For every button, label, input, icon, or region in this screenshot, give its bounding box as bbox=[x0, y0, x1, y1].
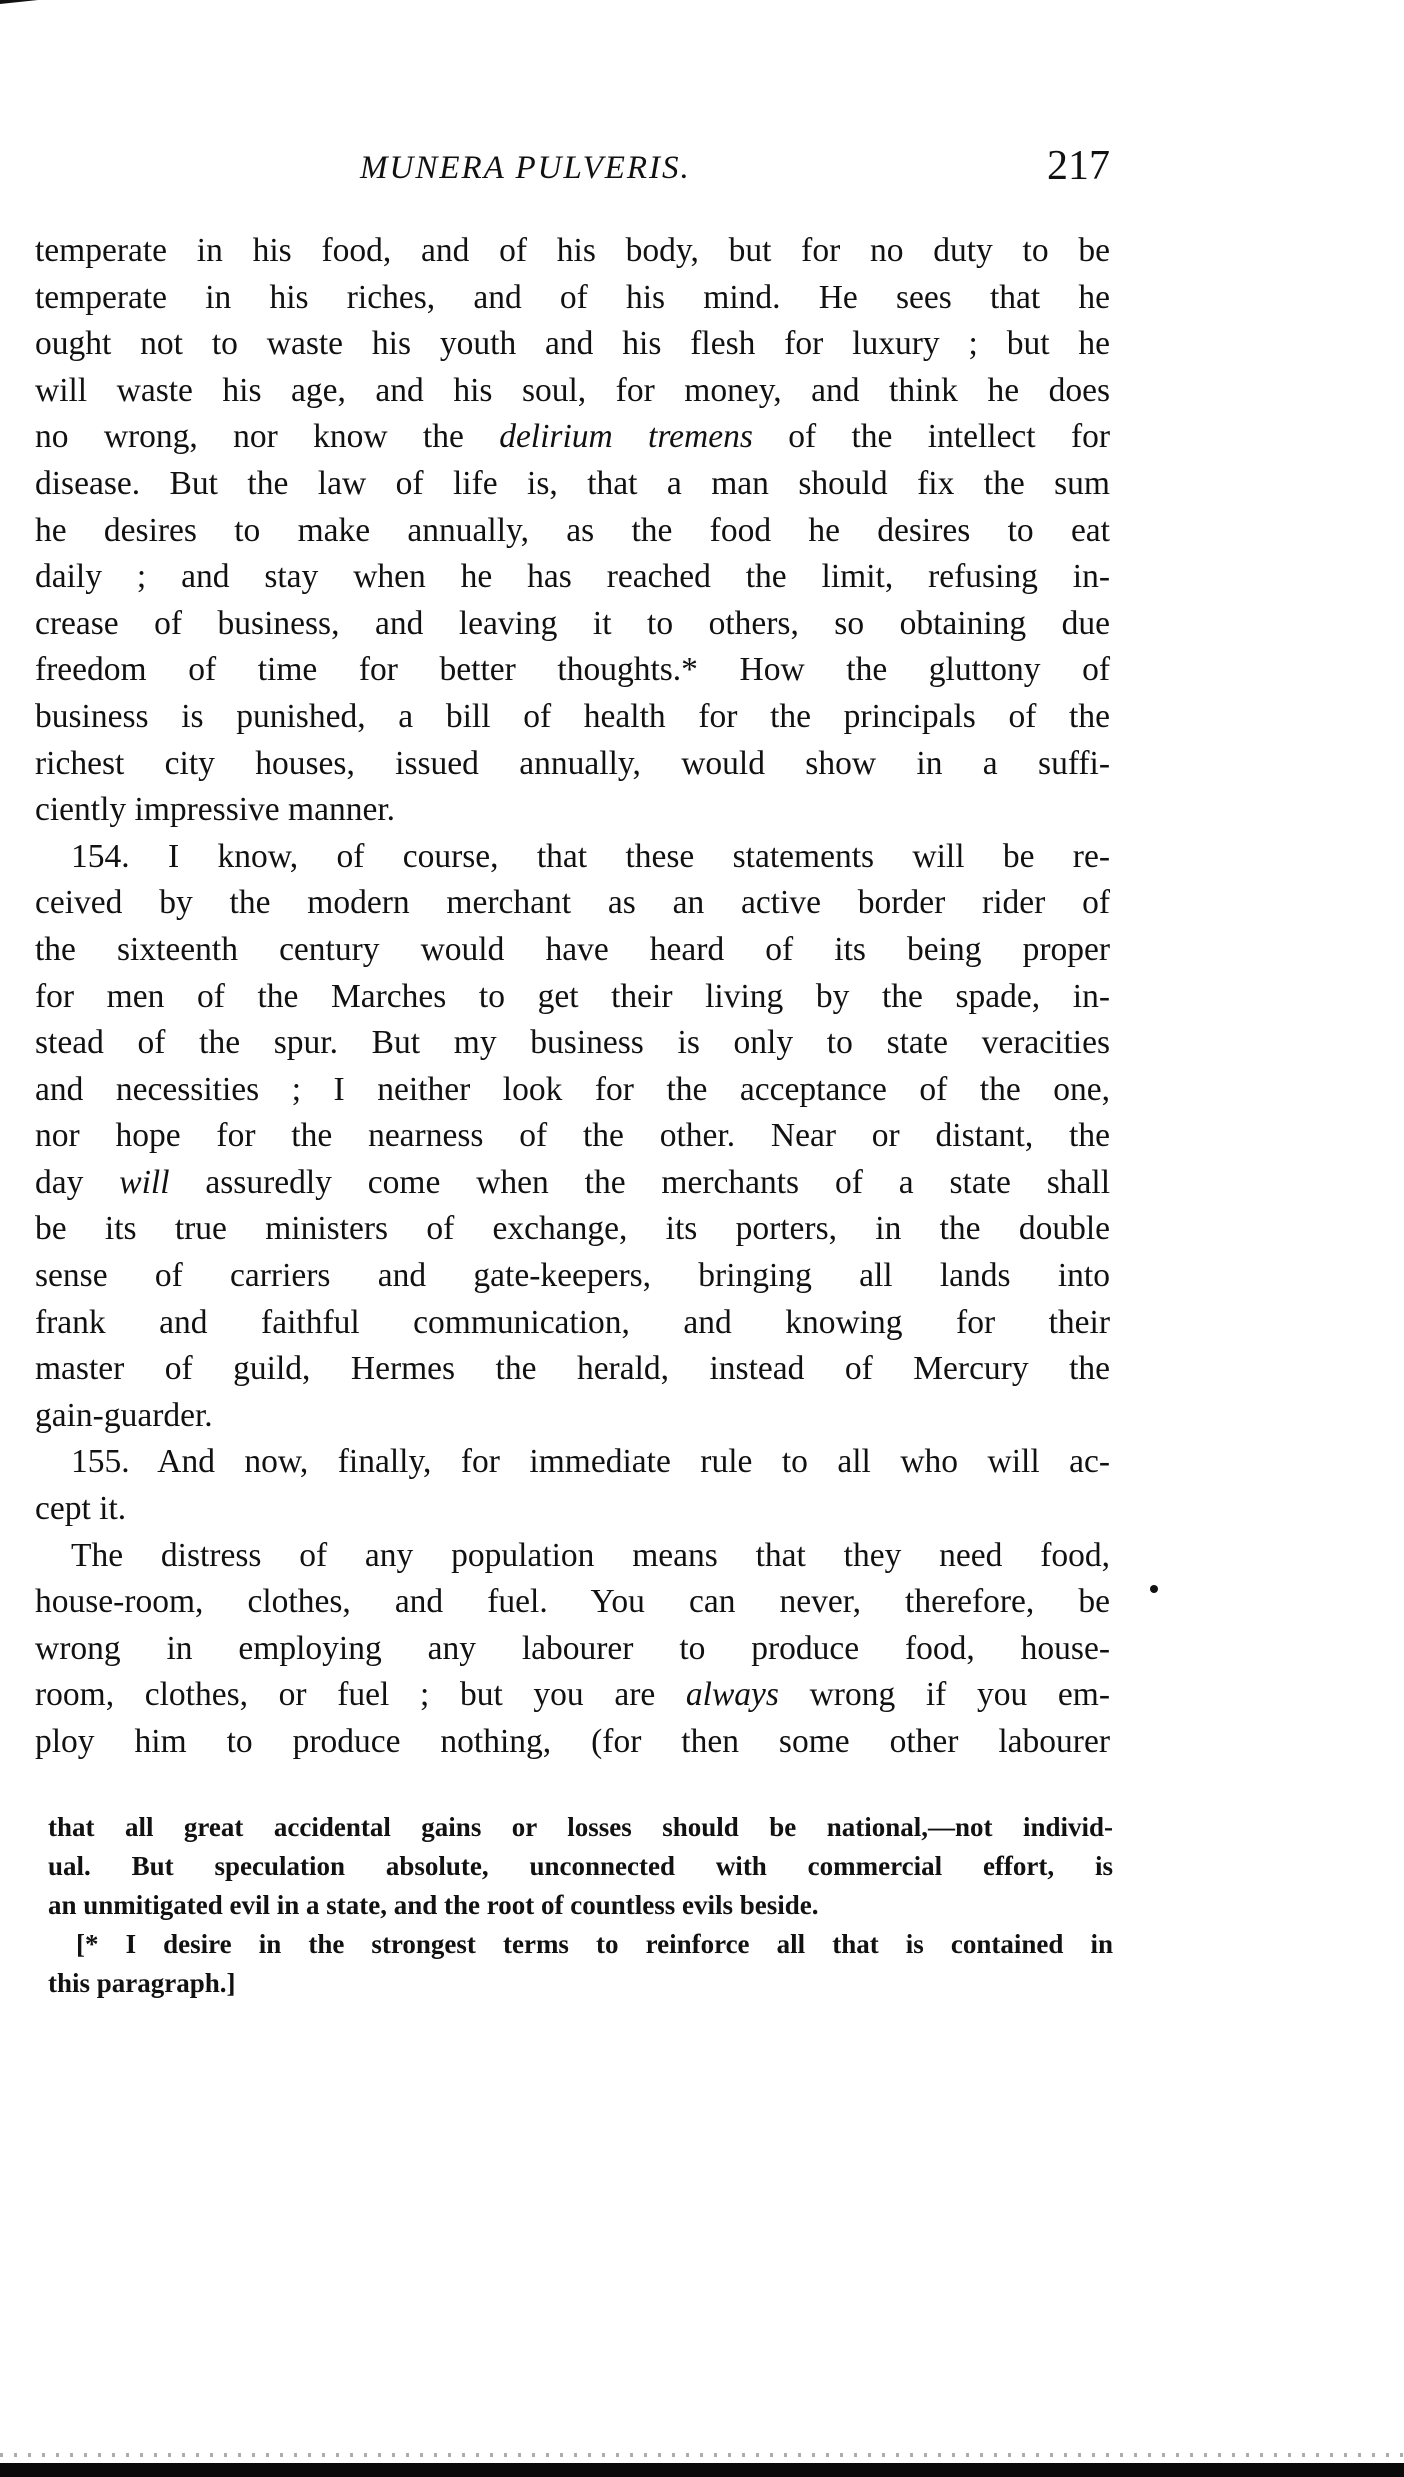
text-line: ciently impressive manner. bbox=[35, 787, 1110, 834]
text-line: stead of the spur. But my business is on… bbox=[35, 1020, 1110, 1067]
text-line-with-italic: no wrong, nor know the delirium tremens … bbox=[35, 414, 1110, 461]
text-segment: day bbox=[35, 1164, 119, 1201]
text-line: the sixteenth century would have heard o… bbox=[35, 927, 1110, 974]
text-line: temperate in his food, and of his body, … bbox=[35, 228, 1110, 275]
footnotes: that all great accidental gains or losse… bbox=[48, 1808, 1113, 2003]
text-line: crease of business, and leaving it to ot… bbox=[35, 601, 1110, 648]
text-line: ought not to waste his youth and his fle… bbox=[35, 321, 1110, 368]
running-title: MUNERA PULVERIS. bbox=[360, 150, 691, 187]
text-line: The distress of any population means tha… bbox=[35, 1533, 1110, 1580]
text-line: wrong in employing any labourer to produ… bbox=[35, 1626, 1110, 1673]
text-line: will waste his age, and his soul, for mo… bbox=[35, 368, 1110, 415]
footnote-line: that all great accidental gains or losse… bbox=[48, 1808, 1113, 1847]
text-line: ceived by the modern merchant as an acti… bbox=[35, 880, 1110, 927]
italic-phrase: always bbox=[686, 1676, 779, 1713]
italic-phrase: delirium tremens bbox=[499, 418, 753, 455]
footnote-line: [* I desire in the strongest terms to re… bbox=[48, 1925, 1113, 1964]
body-text: temperate in his food, and of his body, … bbox=[35, 228, 1110, 1766]
text-line: house-room, clothes, and fuel. You can n… bbox=[35, 1579, 1110, 1626]
text-line: cept it. bbox=[35, 1486, 1110, 1533]
text-segment: assuredly come when the merchants of a s… bbox=[170, 1164, 1110, 1201]
text-line: he desires to make annually, as the food… bbox=[35, 508, 1110, 555]
text-line: frank and faithful communication, and kn… bbox=[35, 1300, 1110, 1347]
text-line: daily ; and stay when he has reached the… bbox=[35, 554, 1110, 601]
italic-phrase: will bbox=[119, 1164, 169, 1201]
text-line: business is punished, a bill of health f… bbox=[35, 694, 1110, 741]
text-line: ploy him to produce nothing, (for then s… bbox=[35, 1719, 1110, 1766]
paragraph-155-first-line: 155. And now, finally, for immediate rul… bbox=[35, 1439, 1110, 1486]
paragraph-154-first-line: 154. I know, of course, that these state… bbox=[35, 834, 1110, 881]
scan-corner-mark bbox=[0, 0, 60, 12]
text-line: temperate in his riches, and of his mind… bbox=[35, 275, 1110, 322]
text-line: for men of the Marches to get their livi… bbox=[35, 974, 1110, 1021]
text-line: master of guild, Hermes the herald, inst… bbox=[35, 1346, 1110, 1393]
text-line-with-italic: room, clothes, or fuel ; but you are alw… bbox=[35, 1672, 1110, 1719]
text-segment: of the intellect for bbox=[753, 418, 1110, 455]
text-line: sense of carriers and gate-keepers, brin… bbox=[35, 1253, 1110, 1300]
margin-ink-dot bbox=[1150, 1585, 1158, 1593]
text-line: nor hope for the nearness of the other. … bbox=[35, 1113, 1110, 1160]
text-segment: no wrong, nor know the bbox=[35, 418, 499, 455]
text-line: gain-guarder. bbox=[35, 1393, 1110, 1440]
footnote-line: ual. But speculation absolute, unconnect… bbox=[48, 1847, 1113, 1886]
text-line: freedom of time for better thoughts.* Ho… bbox=[35, 647, 1110, 694]
text-line: and necessities ; I neither look for the… bbox=[35, 1067, 1110, 1114]
text-segment: room, clothes, or fuel ; but you are bbox=[35, 1676, 686, 1713]
page-number: 217 bbox=[1047, 142, 1110, 190]
text-line: be its true ministers of exchange, its p… bbox=[35, 1206, 1110, 1253]
text-segment: wrong if you em- bbox=[779, 1676, 1110, 1713]
text-line: richest city houses, issued annually, wo… bbox=[35, 741, 1110, 788]
text-line-with-italic: day will assuredly come when the merchan… bbox=[35, 1160, 1110, 1207]
scan-bottom-edge bbox=[0, 2463, 1404, 2477]
book-page: MUNERA PULVERIS. 217 temperate in his fo… bbox=[0, 0, 1404, 2477]
page-header: MUNERA PULVERIS. 217 bbox=[35, 142, 1110, 192]
text-line: disease. But the law of life is, that a … bbox=[35, 461, 1110, 508]
footnote-line: an unmitigated evil in a state, and the … bbox=[48, 1886, 1113, 1925]
footnote-line: this paragraph.] bbox=[48, 1964, 1113, 2003]
